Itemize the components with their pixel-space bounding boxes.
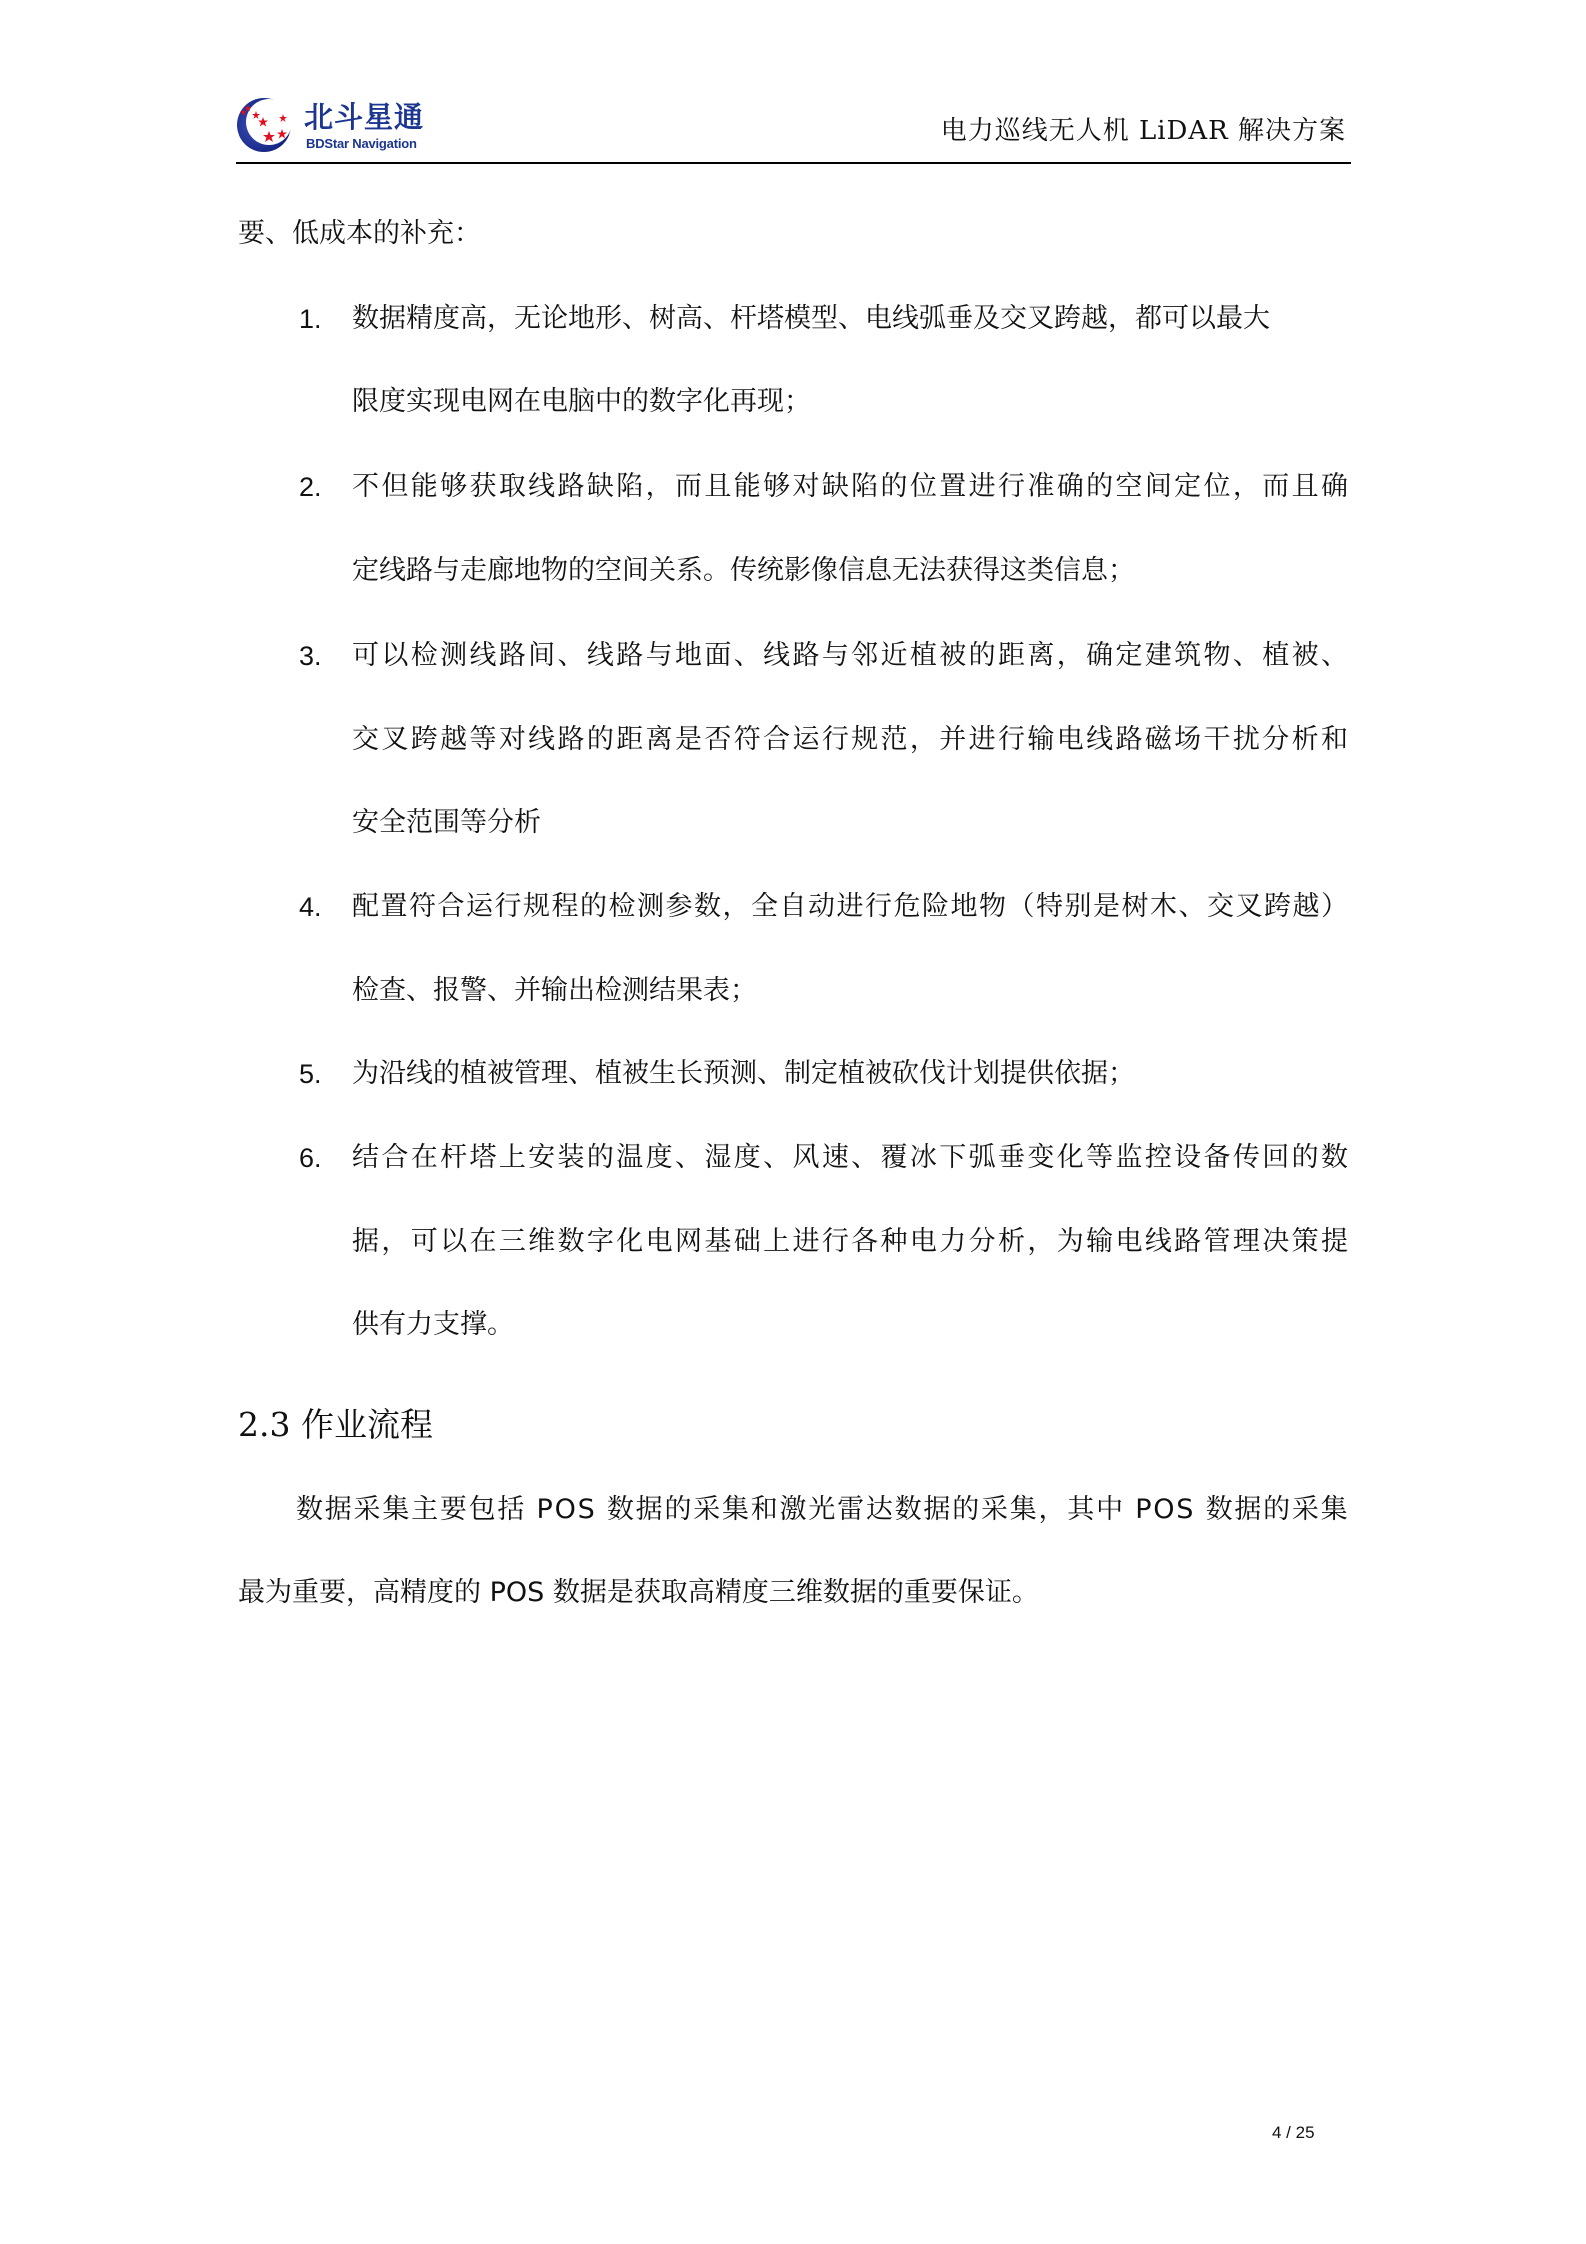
list-item-line: 安全范围等分析 <box>352 805 541 841</box>
list-item-line: 不但能够获取线路缺陷，而且能够对缺陷的位置进行准确的空间定位，而且确 <box>352 469 1350 505</box>
page-number: 4 / 25 <box>1272 2122 1315 2144</box>
list-item-line: 为沿线的植被管理、植被生长预测、制定植被砍伐计划提供依据； <box>352 1056 1135 1092</box>
section-heading: 2.3 作业流程 <box>238 1405 433 1445</box>
list-item-line: 可以检测线路间、线路与地面、线路与邻近植被的距离，确定建筑物、植被、 <box>352 638 1350 674</box>
logo-english-name: BDStar Navigation <box>306 137 417 151</box>
list-item-line: 据，可以在三维数字化电网基础上进行各种电力分析，为输电线路管理决策提 <box>352 1224 1350 1260</box>
paragraph-line: 最为重要，高精度的 POS 数据是获取高精度三维数据的重要保证。 <box>238 1575 1039 1611</box>
logo-chinese-name: 北斗星通 <box>304 100 424 134</box>
list-item-line: 配置符合运行规程的检测参数，全自动进行危险地物（特别是树木、交叉跨越） <box>352 889 1350 925</box>
list-item-number: 5. <box>299 1056 322 1092</box>
company-logo: 北斗星通 BDStar Navigation <box>236 96 436 156</box>
list-item-number: 1. <box>299 301 322 337</box>
list-item-number: 4. <box>299 889 322 925</box>
crescent-stars-logo-icon <box>236 97 292 153</box>
list-item-line: 供有力支撑。 <box>352 1307 514 1343</box>
paragraph-line: 数据采集主要包括 POS 数据的采集和激光雷达数据的采集，其中 POS 数据的采… <box>296 1492 1349 1528</box>
intro-line: 要、低成本的补充： <box>238 216 481 252</box>
list-item-line: 定线路与走廊地物的空间关系。传统影像信息无法获得这类信息； <box>352 553 1135 589</box>
list-item-number: 3. <box>299 638 322 674</box>
list-item-line: 交叉跨越等对线路的距离是否符合运行规范，并进行输电线路磁场干扰分析和 <box>352 722 1350 758</box>
list-item-line: 结合在杆塔上安装的温度、湿度、风速、覆冰下弧垂变化等监控设备传回的数 <box>352 1140 1350 1176</box>
header-divider <box>236 162 1351 164</box>
list-item-line: 限度实现电网在电脑中的数字化再现； <box>352 384 811 420</box>
list-item-line: 数据精度高，无论地形、树高、杆塔模型、电线弧垂及交叉跨越，都可以最大 <box>352 301 1348 337</box>
document-title: 电力巡线无人机 LiDAR 解决方案 <box>941 113 1346 149</box>
list-item-number: 2. <box>299 469 322 505</box>
list-item-number: 6. <box>299 1140 322 1176</box>
list-item-line: 检查、报警、并输出检测结果表； <box>352 973 757 1009</box>
